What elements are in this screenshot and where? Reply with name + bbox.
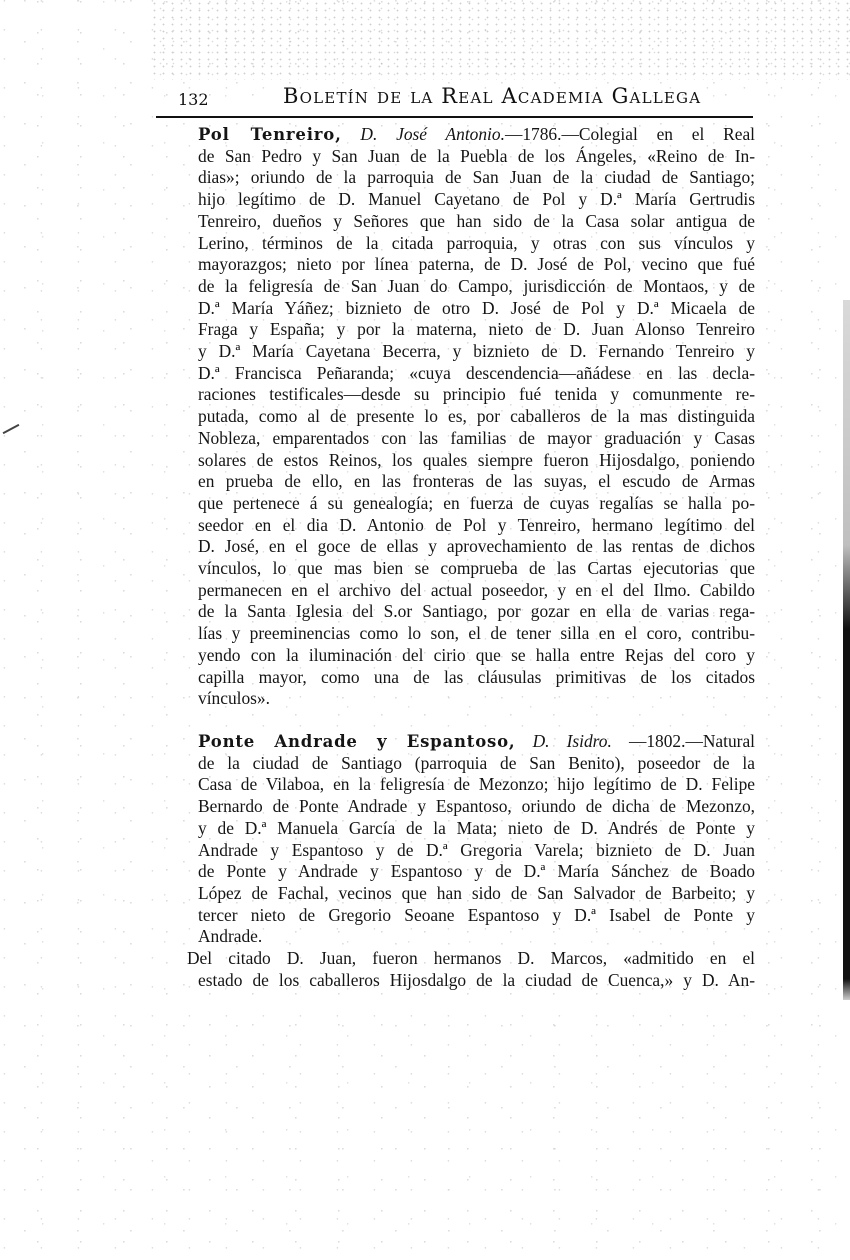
text-line: y D.ª María Cayetana Becerra, y biznieto… [154,341,755,363]
text-line: de Ponte y Andrade y Espantoso y de D.ª … [154,861,755,883]
header-rule [156,116,753,118]
text-line: que pertenece á su genealogía; en fuerza… [154,493,755,515]
text-line: yendo con la iluminación del cirio que s… [154,645,755,667]
text-line: putada, como al de presente lo es, por c… [154,406,755,428]
text-line: de la Santa Iglesia del S.or Santiago, p… [154,601,755,623]
text-line: vínculos, lo que mas bien se comprueba d… [154,558,755,580]
genealogy-entry: Pol Tenreiro, D. José Antonio.—1786.—Col… [154,124,755,710]
scan-noise-top [150,0,850,80]
text-line: y de D.ª Manuela García de la Mata; niet… [154,818,755,840]
text-line: D.ª María Yáñez; biznieto de otro D. Jos… [154,298,755,320]
text-line: raciones testificales—desde su principio… [154,384,755,406]
text-line: D. José, en el goce de ellas y aprovecha… [154,536,755,558]
entry-first-line: Ponte Andrade y Espantoso, D. Isidro. —1… [154,731,755,753]
text-line: Tenreiro, dueños y Señores que han sido … [154,211,755,233]
text-line: de la feligresía de San Juan do Campo, j… [154,276,755,298]
text-line: Casa de Vilaboa, en la feligresía de Mez… [154,774,755,796]
text-line: Nobleza, emparentados con las familias d… [154,428,755,450]
text-line: tercer nieto de Gregorio Seoane Espantos… [154,905,755,927]
page-number: 132 [178,90,209,109]
page-edge-shadow [843,300,850,1000]
margin-mark [3,424,20,434]
text-line: capilla mayor, como una de las cláusulas… [154,667,755,689]
body-text: Pol Tenreiro, D. José Antonio.—1786.—Col… [154,124,755,991]
text-line: Del citado D. Juan, fueron hermanos D. M… [154,948,755,970]
entry-given-name: D. José Antonio. [360,124,505,144]
text-line: —1802.—Natural [629,731,755,751]
text-line: Bernardo de Ponte Andrade y Espantoso, o… [154,796,755,818]
text-line: seedor en el dia D. Antonio de Pol y Ten… [154,515,755,537]
text-line: en prueba de ello, en las fronteras de l… [154,471,755,493]
text-line: —1786.—Colegial en el Real [505,124,755,144]
text-line: de San Pedro y San Juan de la Puebla de … [154,146,755,168]
text-line: estado de los caballeros Hijosdalgo de l… [154,970,755,992]
text-line: Andrade y Espantoso y de D.ª Gregoria Va… [154,840,755,862]
text-line: D.ª Francisca Peñaranda; «cuya descenden… [154,363,755,385]
entry-surname: Ponte Andrade y Espantoso, [198,732,515,751]
text-line: Fraga y España; y por la materna, nieto … [154,319,755,341]
text-line: Lerino, términos de la citada parroquia,… [154,233,755,255]
text-line: mayorazgos; nieto por línea paterna, de … [154,254,755,276]
running-header: 132 Boletín de la Real Academia Gallega [158,84,751,116]
journal-title: Boletín de la Real Academia Gallega [283,84,701,108]
text-line: dias»; oriundo de la parroquia de San Ju… [154,167,755,189]
text-line: permanecen en el archivo del actual pose… [154,580,755,602]
entry-given-name: D. Isidro. [533,731,612,751]
text-line: solares de estos Reinos, los quales siem… [154,450,755,472]
text-line: López de Fachal, vecinos que han sido de… [154,883,755,905]
text-line: vínculos». [154,688,755,710]
text-line: lías y preeminencias como lo son, el de … [154,623,755,645]
document-page: 132 Boletín de la Real Academia Gallega … [0,0,850,1260]
text-line: hijo legítimo de D. Manuel Cayetano de P… [154,189,755,211]
genealogy-entry: Ponte Andrade y Espantoso, D. Isidro. —1… [154,731,755,991]
entry-surname: Pol Tenreiro, [198,125,342,144]
entry-first-line: Pol Tenreiro, D. José Antonio.—1786.—Col… [154,124,755,146]
text-line: de la ciudad de Santiago (parroquia de S… [154,753,755,775]
text-line: Andrade. [154,926,755,948]
